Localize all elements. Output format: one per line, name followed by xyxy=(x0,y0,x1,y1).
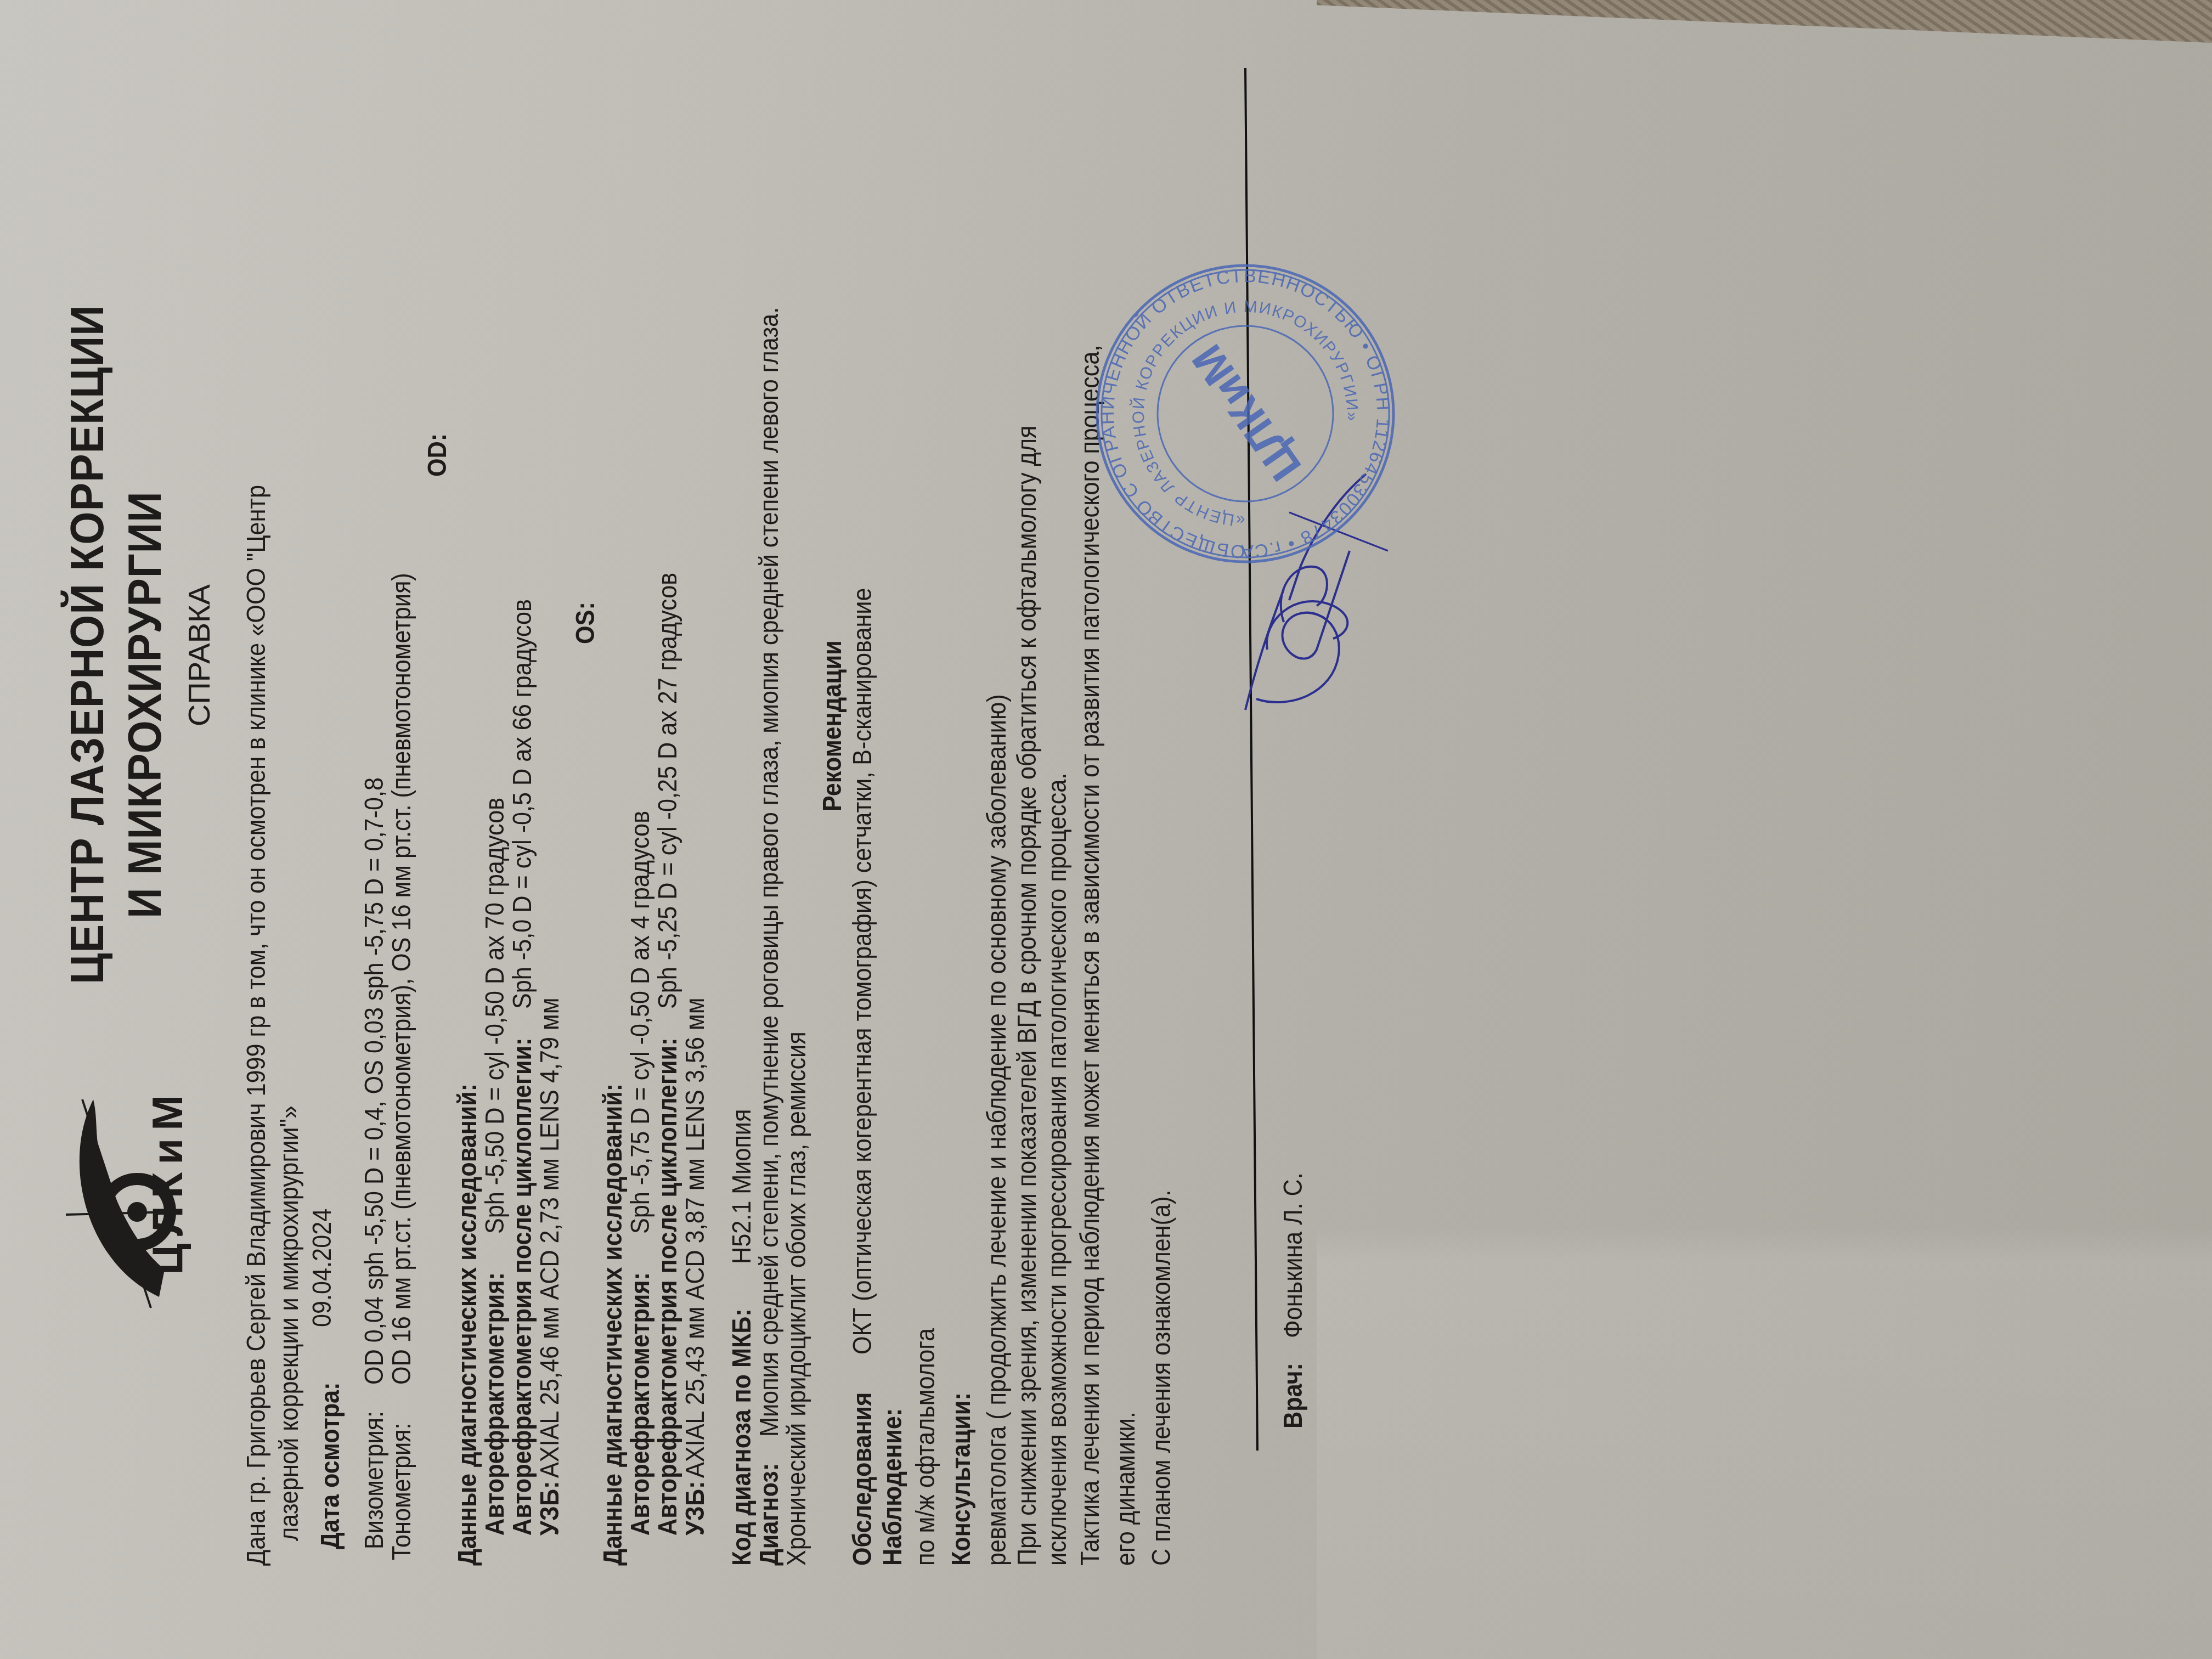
od-us-label: УЗБ: xyxy=(535,1481,565,1536)
consult-label: Консультации: xyxy=(946,1392,977,1566)
exams-label: Обследования xyxy=(848,1392,878,1566)
recommendations-heading: Рекомендации xyxy=(817,640,848,811)
logo-abbreviation: ЦЛКиМ xyxy=(143,1087,193,1275)
tonometry-label: Тонометрия: xyxy=(387,1423,417,1560)
od-heading: OD: xyxy=(422,433,453,477)
od-autoref-value: Sph -5,50 D = cyl -0,50 D ax 70 градусов xyxy=(480,798,510,1234)
os-heading: OS: xyxy=(571,602,601,644)
acknowledged-text: С планом лечения ознакомлен(а). xyxy=(1147,1190,1177,1566)
od-autoref-cyclo-value: Sph -5,0 D = cyl -0,5 D ax 66 градусов xyxy=(507,599,538,1009)
intro-line2: лазерной коррекции и микрохирургии"» xyxy=(274,1105,304,1541)
visometry-label: Визометрия: xyxy=(359,1411,390,1549)
icd-value: H52.1 Миопия xyxy=(727,1109,757,1264)
diagnosis-label: Диагноз: xyxy=(754,1463,785,1566)
tactics-line2: его динамики. xyxy=(1111,1412,1141,1566)
consult-value: ревматолога ( продолжить лечение и наблю… xyxy=(982,694,1012,1566)
os-autoref-cyclo-value: Sph -5,25 D = cyl -0,25 D ax 27 градусов xyxy=(653,573,683,1009)
os-autoref-label: Авторефрактометрия: xyxy=(625,1272,656,1536)
organization-stamp: ОБЩЕСТВО С ОГРАНИЧЕННОЙ ОТВЕТСТВЕННОСТЬЮ… xyxy=(1092,260,1399,567)
od-autoref-label: Авторефрактометрия: xyxy=(480,1272,510,1536)
exam-date-label: Дата осмотра: xyxy=(315,1383,346,1549)
observation-value: по м/ж офтальмолога xyxy=(911,1328,941,1566)
observation-label: Наблюдение: xyxy=(878,1408,908,1566)
diagnosis-line1: Миопия средней степени, помутнение рогов… xyxy=(754,307,785,1437)
exam-date-value: 09.04.2024 xyxy=(307,1209,337,1327)
os-us-value: AXIAL 25,43 мм ACD 3,87 мм LENS 3,56 мм xyxy=(680,998,710,1478)
intro-line1: Дана гр. Григорьев Сергей Владимирович 1… xyxy=(241,485,272,1566)
os-autoref-value: Sph -5,75 D = cyl -0,50 D ax 4 градусов xyxy=(625,811,656,1234)
org-name-line1: ЦЕНТР ЛАЗЕРНОЙ КОРРЕКЦИИ xyxy=(60,304,115,984)
stamp-center-text: ЦЛКиМ xyxy=(1183,336,1311,490)
od-us-value: AXIAL 25,46 мм ACD 2,73 мм LENS 4,79 мм xyxy=(535,998,565,1478)
os-section-label: Данные диагностических исследований: xyxy=(598,1084,628,1566)
os-autoref-cyclo-label: Авторефрактометрия после циклоплегии: xyxy=(653,1038,683,1536)
urgent-line1: При снижении зрения, изменении показател… xyxy=(1012,426,1042,1566)
os-us-label: УЗБ: xyxy=(680,1481,710,1536)
icd-label: Код диагноза по МКБ: xyxy=(727,1308,757,1566)
exams-value: ОКТ (оптическая когерентная томография) … xyxy=(848,588,878,1355)
diagnosis-line2: Хронический иридоциклит обоих глаз, реми… xyxy=(782,1031,812,1566)
od-section-label: Данные диагностических исследований: xyxy=(453,1084,483,1566)
od-autoref-cyclo-label: Авторефрактометрия после циклоплегии: xyxy=(507,1038,538,1536)
tonometry-value: OD 16 мм рт.ст. (пневмотонометрия), OS 1… xyxy=(387,573,417,1385)
doctor-name: Фонькина Л. С. xyxy=(1278,1172,1308,1338)
urgent-line2: исключения возможности прогрессирования … xyxy=(1042,773,1073,1566)
medical-certificate-page: ЦЛКиМ ЦЕНТР ЛАЗЕРНОЙ КОРРЕКЦИИ И МИКРОХИ… xyxy=(0,0,2212,1659)
doctor-label: Врач: xyxy=(1278,1363,1308,1429)
visometry-value: OD 0,04 sph -5,50 D = 0,4, OS 0,03 sph -… xyxy=(359,777,390,1385)
document-title: СПРАВКА xyxy=(181,584,217,726)
org-name-line2: И МИКРОХИРУРГИИ xyxy=(118,491,172,918)
